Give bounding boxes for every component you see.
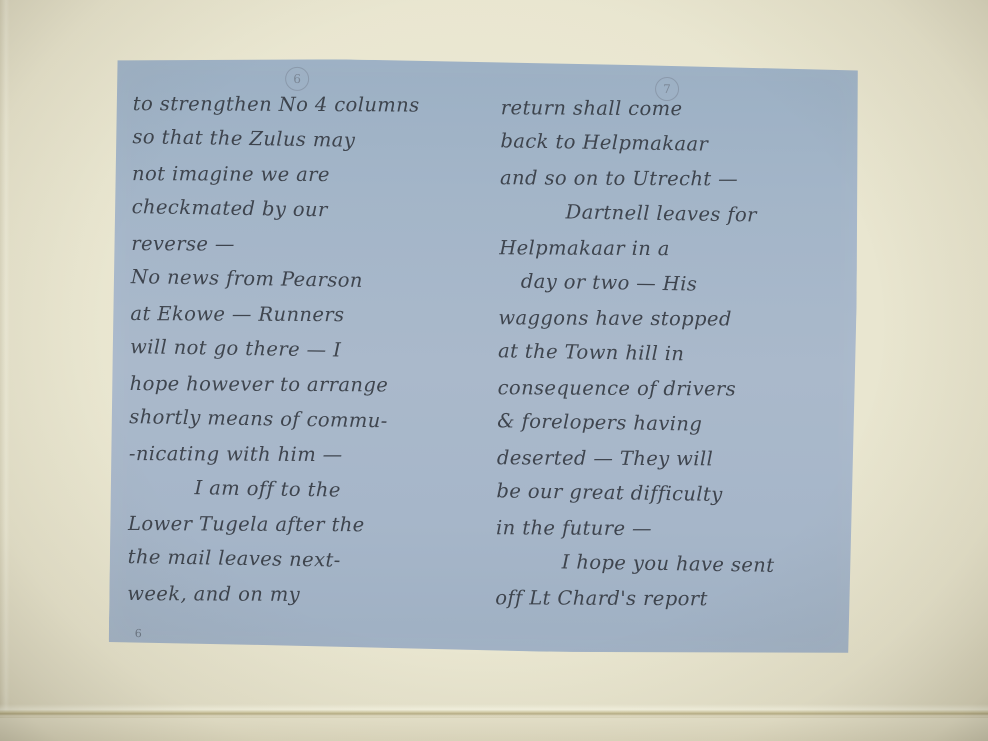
letter-line: reverse —: [131, 226, 481, 263]
photo-of-handwritten-letter: 6 to strengthen No 4 columns so that the…: [0, 0, 988, 741]
letter-line: at Ekowe — Runners: [130, 296, 480, 333]
letter-line: I hope you have sent: [495, 543, 848, 584]
blue-letter-paper: 6 to strengthen No 4 columns so that the…: [109, 57, 860, 655]
letter-line: will not go there — I: [130, 329, 481, 370]
letter-line: Lower Tugela after the: [128, 506, 478, 543]
letter-line: back to Helpmakaar: [500, 123, 853, 164]
letter-line: I am off to the: [128, 469, 479, 510]
letter-line: week, and on my: [127, 576, 477, 613]
mat-crease-line: [0, 704, 988, 718]
letter-line: No news from Pearson: [131, 259, 482, 300]
letter-line: Dartnell leaves for: [499, 193, 852, 234]
letter-line: shortly means of commu-: [129, 399, 480, 440]
letter-line: at the Town hill in: [498, 333, 851, 374]
left-page-text-column: to strengthen No 4 columns so that the Z…: [127, 85, 483, 614]
letter-line: in the future —: [496, 510, 848, 547]
right-page-text-column: return shall come back to Helpmakaar and…: [495, 89, 853, 618]
letter-page-right: 7 return shall come back to Helpmakaar a…: [481, 61, 860, 655]
letter-line: off Lt Chard's report: [495, 580, 847, 617]
mat-below-crease: [0, 718, 988, 741]
letter-line: Helpmakaar in a: [499, 230, 851, 267]
letter-line: day or two — His: [499, 263, 852, 304]
letter-line: return shall come: [501, 90, 853, 127]
letter-line: consequence of drivers: [498, 370, 850, 407]
letter-line: -nicating with him —: [129, 436, 479, 473]
letter-line: be our great difficulty: [496, 473, 849, 514]
album-page-left-edge: [0, 0, 10, 741]
letter-line: the mail leaves next-: [127, 539, 478, 580]
letter-line: and so on to Utrecht —: [500, 160, 852, 197]
letter-line: so that the Zulus may: [132, 119, 483, 160]
letter-line: hope however to arrange: [130, 366, 480, 403]
letter-line: & forelopers having: [497, 403, 850, 444]
letter-line: to strengthen No 4 columns: [133, 86, 483, 123]
letter-page-left: 6 to strengthen No 4 columns so that the…: [109, 57, 488, 651]
letter-line: checkmated by our: [131, 189, 482, 230]
pencil-corner-mark: 6: [135, 627, 142, 640]
letter-line: waggons have stopped: [498, 300, 850, 337]
letter-line: deserted — They will: [497, 440, 849, 477]
letter-line: not imagine we are: [132, 156, 482, 193]
